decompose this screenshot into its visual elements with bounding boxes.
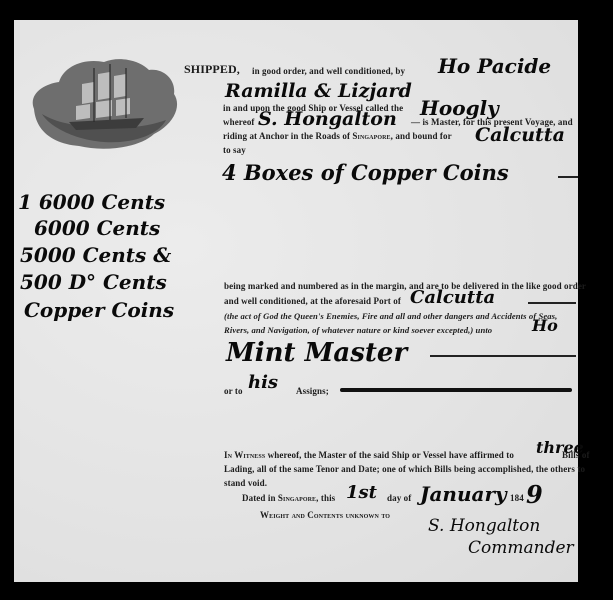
ship-engraving-icon bbox=[24, 54, 182, 154]
to-say-text: to say bbox=[223, 145, 246, 155]
witness-bills-of: Bills of bbox=[562, 450, 590, 460]
witness-clause-2: Lading, all of the same Tenor and Date; … bbox=[224, 464, 585, 474]
exceptions-clause-2: Rivers, and Navigation, of whatever natu… bbox=[224, 325, 492, 335]
cargo-rule bbox=[558, 176, 578, 178]
shipped-by-text: in good order, and well conditioned, by bbox=[252, 66, 405, 76]
dated-year-prefix: 184 bbox=[510, 493, 524, 503]
dated-month: January bbox=[420, 482, 507, 506]
witness-clause-1: In Witness whereof, the Master of the sa… bbox=[224, 450, 514, 460]
port-rule bbox=[528, 302, 576, 304]
struck-out-clause bbox=[340, 388, 572, 392]
master-signature: S. Hongalton bbox=[428, 516, 540, 536]
dated-text: Dated in Singapore, this bbox=[242, 493, 335, 503]
master-name: S. Hongalton bbox=[258, 108, 397, 130]
scan-border-top bbox=[0, 0, 613, 22]
dated-year-digit: 9 bbox=[526, 480, 543, 509]
delivery-clause-2: and well conditioned, at the aforesaid P… bbox=[224, 296, 401, 306]
shipped-heading: SHIPPED, bbox=[184, 62, 240, 77]
margin-mark-5: Copper Coins bbox=[24, 298, 174, 322]
margin-mark-4: 500 D° Cents bbox=[20, 270, 167, 294]
scan-border-right bbox=[578, 0, 613, 600]
cargo-description: 4 Boxes of Copper Coins bbox=[222, 160, 509, 185]
signature-title: Commander bbox=[468, 538, 574, 558]
witness-clause-3: stand void. bbox=[224, 478, 267, 488]
weight-contents-text: Weight and Contents unknown to bbox=[260, 510, 390, 520]
margin-mark-1: 1 6000 Cents bbox=[18, 190, 165, 214]
shipper-name-line1: Ho Pacide bbox=[438, 54, 551, 78]
margin-mark-3: 5000 Cents & bbox=[20, 243, 171, 267]
consignee-name: Mint Master bbox=[226, 338, 407, 368]
anchor-text: riding at Anchor in the Roads of Singapo… bbox=[223, 131, 452, 141]
whereof-text: whereof bbox=[223, 117, 255, 127]
exceptions-clause-1: (the act of God the Queen's Enemies, Fir… bbox=[224, 311, 557, 321]
port-of-delivery: Calcutta bbox=[410, 287, 495, 308]
day-of-text: day of bbox=[387, 493, 411, 503]
dated-day: 1st bbox=[346, 482, 377, 503]
or-to-text: or to bbox=[224, 386, 243, 396]
delivery-clause-1: being marked and numbered as in the marg… bbox=[224, 281, 586, 291]
destination: Calcutta bbox=[475, 124, 565, 146]
margin-mark-2: 6000 Cents bbox=[34, 216, 160, 240]
consignee-rule bbox=[430, 355, 576, 357]
assigns-text: Assigns; bbox=[296, 386, 329, 396]
shipper-name-line2: Ramilla & Lizjard bbox=[225, 80, 412, 102]
assigns-his: his bbox=[248, 372, 278, 393]
consignee-prefix: Ho bbox=[532, 316, 558, 335]
